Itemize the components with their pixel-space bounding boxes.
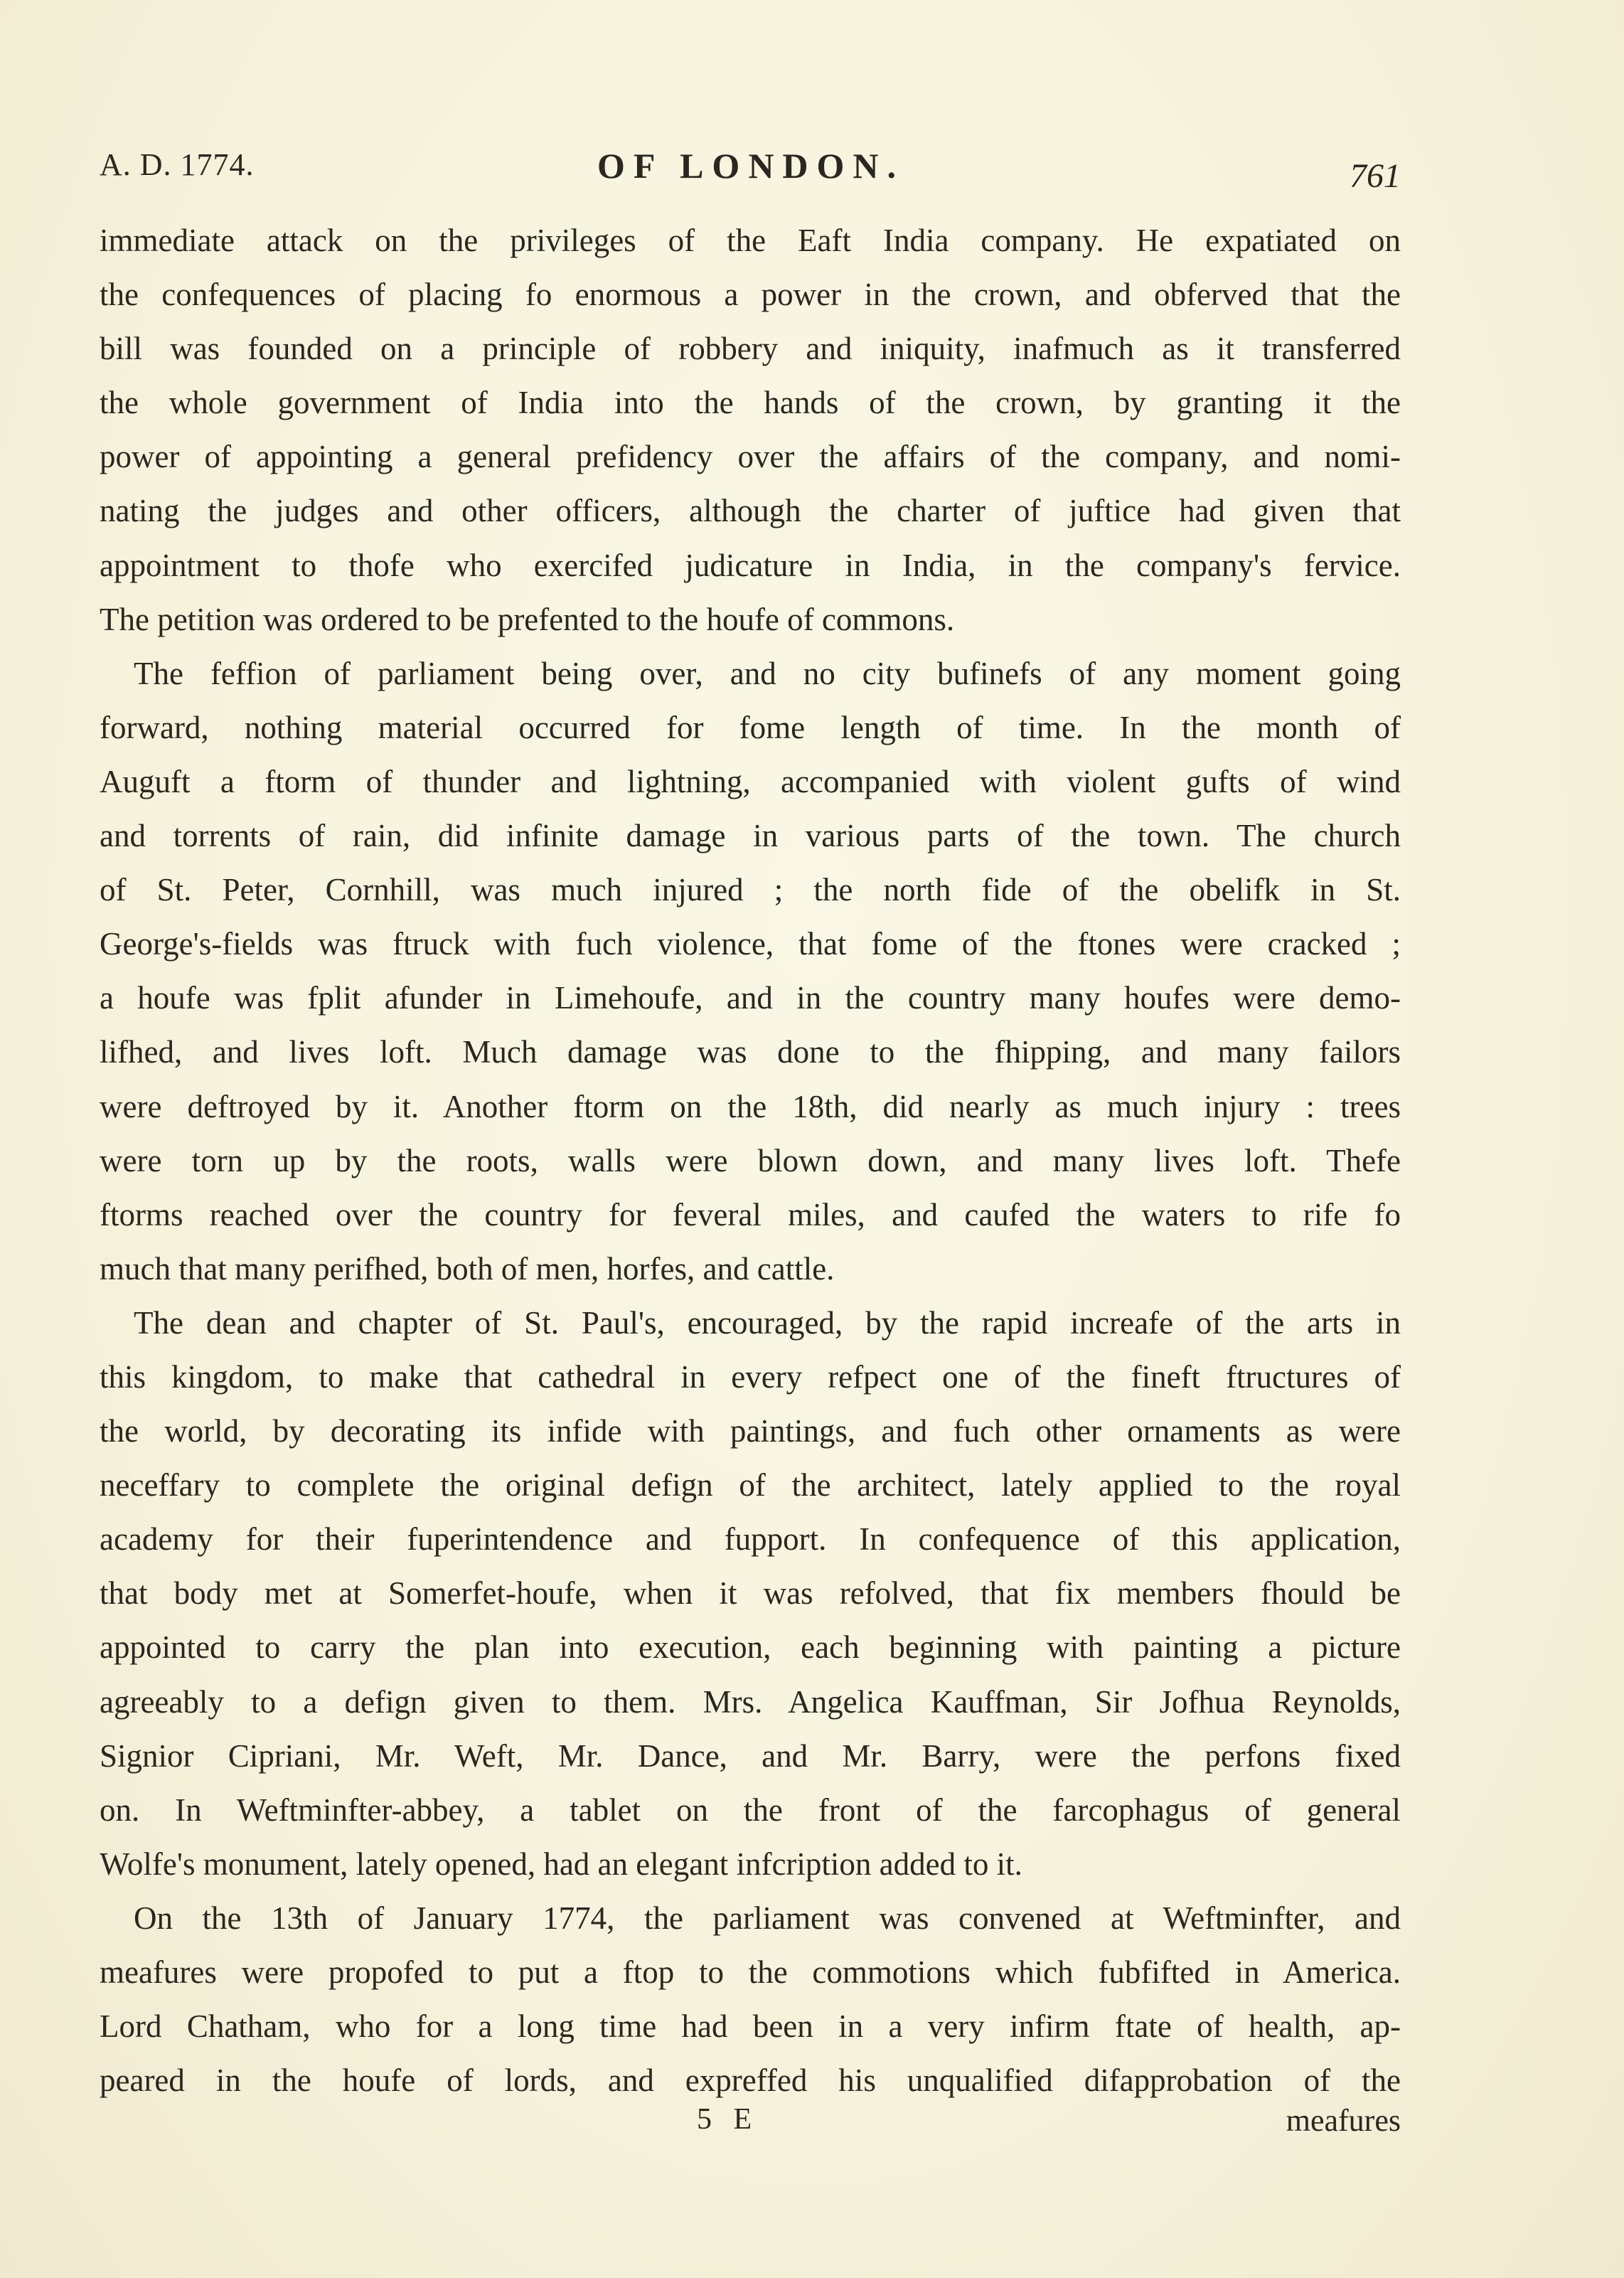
book-page: A. D. 1774. OF LONDON. 761 immediate att… (0, 0, 1624, 2278)
catchword: meafures (1286, 2102, 1401, 2139)
text-line: neceffary to complete the original defig… (100, 1458, 1401, 1512)
text-line: the whole government of India into the h… (100, 376, 1401, 430)
text-line: ftorms reached over the country for feve… (100, 1188, 1401, 1242)
text-line: lifhed, and lives loft. Much damage was … (100, 1025, 1401, 1079)
running-header: A. D. 1774. OF LONDON. 761 (100, 147, 1401, 189)
text-line: the world, by decorating its infide with… (100, 1404, 1401, 1458)
text-line: Auguft a ftorm of thunder and lightning,… (100, 755, 1401, 809)
text-line: and torrents of rain, did infinite damag… (100, 809, 1401, 863)
text-line: power of appointing a general prefidency… (100, 430, 1401, 484)
text-line: The dean and chapter of St. Paul's, enco… (100, 1296, 1401, 1350)
text-line: Signior Cipriani, Mr. Weft, Mr. Dance, a… (100, 1729, 1401, 1783)
text-line: Lord Chatham, who for a long time had be… (100, 1999, 1401, 2053)
text-line: peared in the houfe of lords, and expref… (100, 2053, 1401, 2107)
text-line: agreeably to a defign given to them. Mrs… (100, 1675, 1401, 1729)
text-line: on. In Weftminfter-abbey, a tablet on th… (100, 1783, 1401, 1837)
text-line: academy for their fuperintendence and fu… (100, 1512, 1401, 1566)
text-line: this kingdom, to make that cathedral in … (100, 1350, 1401, 1404)
text-line: of St. Peter, Cornhill, was much injured… (100, 863, 1401, 917)
text-line: nating the judges and other officers, al… (100, 484, 1401, 538)
text-line: The feffion of parliament being over, an… (100, 646, 1401, 701)
text-line: Wolfe's monument, lately opened, had an … (100, 1837, 1401, 1891)
text-line: forward, nothing material occurred for f… (100, 701, 1401, 755)
text-line: much that many perifhed, both of men, ho… (100, 1242, 1401, 1296)
text-line: On the 13th of January 1774, the parliam… (100, 1891, 1401, 1945)
text-line: a houfe was fplit afunder in Limehoufe, … (100, 971, 1401, 1025)
text-line: that body met at Somerfet-houfe, when it… (100, 1566, 1401, 1620)
signature-mark: 5 E (697, 2102, 759, 2136)
text-line: appointment to thofe who exercifed judic… (100, 538, 1401, 592)
page-number: 761 (1350, 156, 1401, 196)
body-text: immediate attack on the privileges of th… (100, 213, 1401, 2107)
text-line: the confequences of placing fo enormous … (100, 267, 1401, 321)
text-line: meafures were propofed to put a ftop to … (100, 1945, 1401, 1999)
text-line: were torn up by the roots, walls were bl… (100, 1134, 1401, 1188)
text-line: bill was founded on a principle of robbe… (100, 321, 1401, 376)
text-line: immediate attack on the privileges of th… (100, 213, 1401, 267)
page-footer: 5 E meafures (100, 2102, 1401, 2145)
text-line: George's-fields was ftruck with fuch vio… (100, 917, 1401, 971)
text-line: were deftroyed by it. Another ftorm on t… (100, 1080, 1401, 1134)
header-year: A. D. 1774. (100, 147, 255, 183)
text-line: The petition was ordered to be prefented… (100, 592, 1401, 646)
header-title: OF LONDON. (597, 145, 904, 186)
text-line: appointed to carry the plan into executi… (100, 1620, 1401, 1674)
